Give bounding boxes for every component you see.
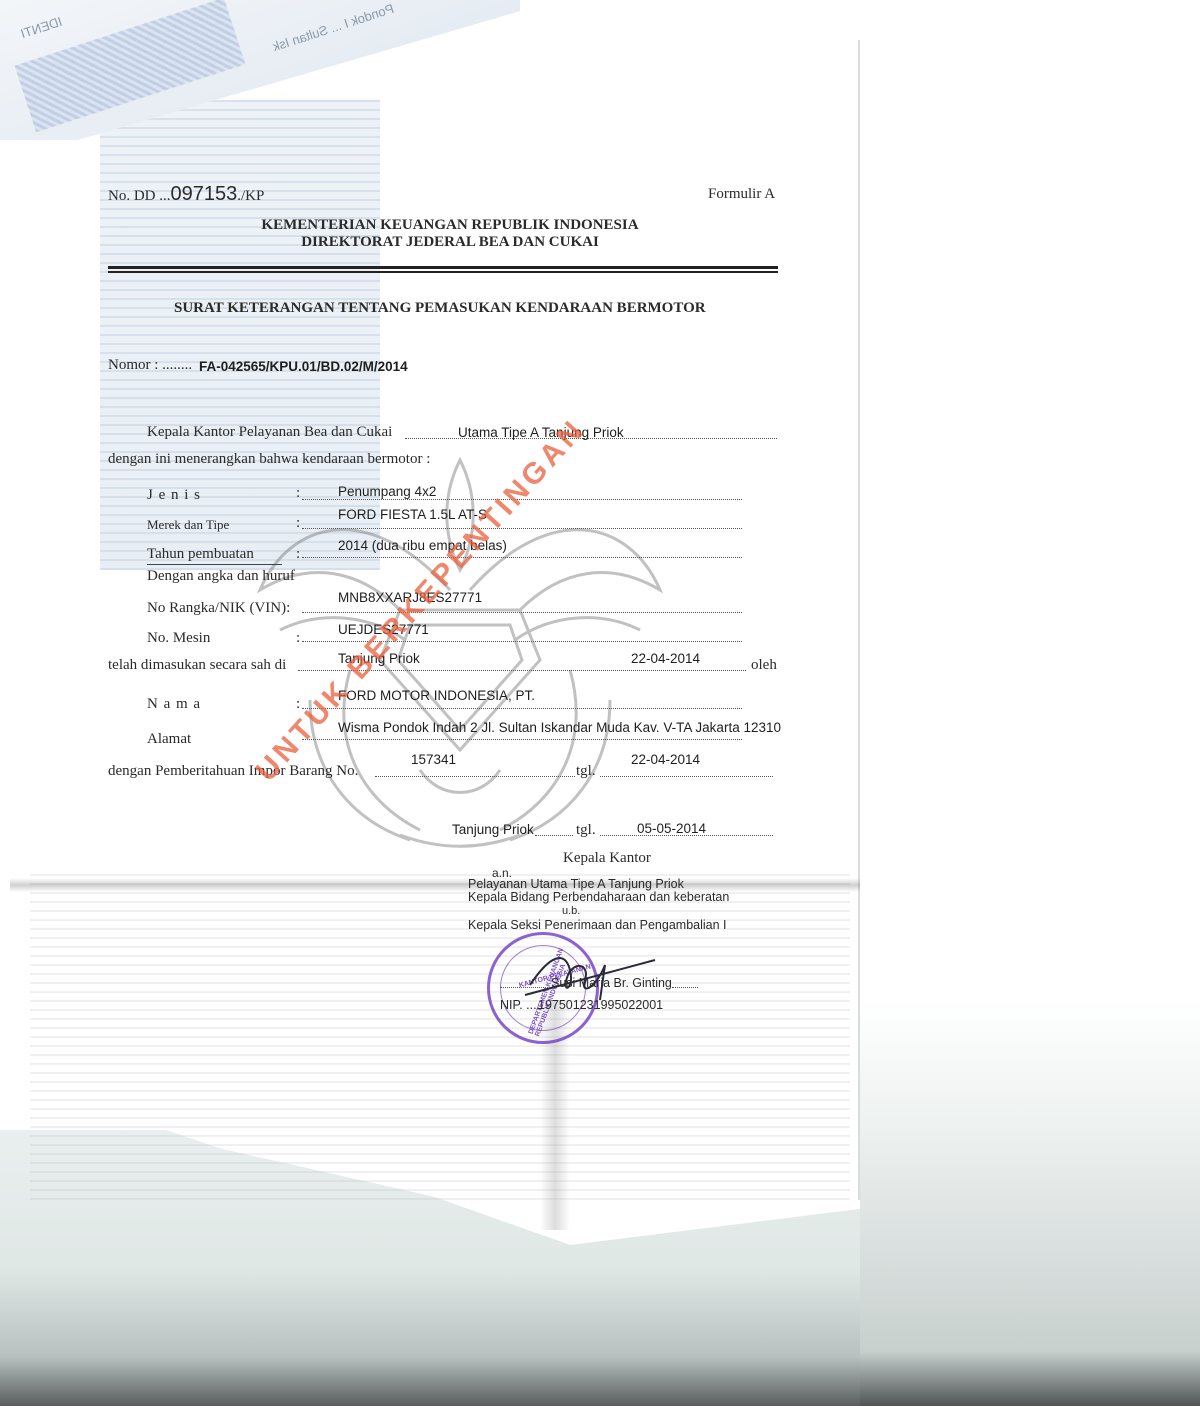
- field-value-jenis: Penumpang 4x2: [338, 484, 436, 499]
- pib-number: 157341: [411, 752, 456, 767]
- alamat-label: Alamat: [147, 731, 191, 748]
- field-label-vin: No Rangka/NIK (VIN):: [147, 600, 290, 617]
- document-number-value: 097153: [171, 183, 238, 205]
- office-line: Pelayanan Utama Tipe A Tanjung Priok: [468, 877, 684, 891]
- flap-text: Pondok I ... Sultan Isk: [271, 1, 396, 54]
- field-colon: :: [296, 485, 300, 502]
- intro-value: Utama Tipe A Tanjung Priok: [458, 425, 624, 440]
- document-title: SURAT KETERANGAN TENTANG PEMASUKAN KENDA…: [174, 300, 706, 317]
- document-number: No. DD ...097153./KP: [108, 183, 264, 206]
- security-pattern-bottom: [30, 870, 850, 1200]
- field-value-merek: FORD FIESTA 1.5L AT-S: [338, 507, 487, 522]
- nip-label: NIP. .....: [500, 998, 544, 1012]
- signer-dots-end: [672, 987, 698, 988]
- field-label-merek: Merek dan Tipe: [147, 517, 229, 533]
- field-label-tahun: Tahun pembuatan: [147, 546, 254, 563]
- scanner-background-right: [860, 1000, 1200, 1413]
- signature-date: 05-05-2014: [637, 821, 706, 836]
- pib-label: dengan Pemberitahuan Impor Barang No.: [108, 763, 358, 780]
- pib-date: 22-04-2014: [631, 752, 700, 767]
- field-label-jenis: J e n i s: [147, 487, 201, 504]
- field-dots-merek: [302, 528, 742, 529]
- scan-edge: [0, 1406, 1200, 1413]
- entry-suffix: oleh: [751, 657, 777, 674]
- field-dots-tahun: [302, 557, 742, 558]
- field-label-mesin: No. Mesin: [147, 630, 210, 647]
- document-number-prefix: No. DD ...: [108, 188, 171, 204]
- division-line: Kepala Bidang Perbendaharaan dan keberat…: [468, 890, 729, 904]
- nomor-value: FA-042565/KPU.01/BD.02/M/2014: [199, 359, 408, 374]
- field-colon: :: [296, 515, 300, 532]
- section-line: Kepala Seksi Penerimaan dan Pengambalian…: [468, 918, 727, 932]
- nip-value: 197501231995022001: [538, 998, 663, 1012]
- field-colon: :: [296, 546, 300, 563]
- signer-dots: [500, 987, 550, 988]
- entry-date: 22-04-2014: [631, 651, 700, 666]
- signature-place: Tanjung Priok: [452, 822, 534, 837]
- garuda-emblem-icon: [250, 440, 670, 860]
- signature-place-dots: [535, 835, 573, 836]
- pib-tgl-label: tgl.: [576, 763, 596, 780]
- ub-label: u.b.: [562, 905, 580, 917]
- document-number-suffix: ./KP: [237, 188, 264, 204]
- signature-tgl-label: tgl.: [576, 822, 596, 839]
- nama-label: N a m a: [147, 696, 201, 713]
- fold-crease: [10, 878, 860, 892]
- header-divider-bottom: [108, 271, 778, 273]
- alamat-value: Wisma Pondok Indah 2 Jl. Sultan Iskandar…: [338, 720, 781, 735]
- nomor-label: Nomor : ........: [108, 357, 192, 374]
- form-label: Formulir A: [708, 186, 775, 203]
- ministry-heading: KEMENTERIAN KEUANGAN REPUBLIK INDONESIA: [0, 217, 900, 234]
- nama-dots: [302, 708, 742, 709]
- signature-scribble-icon: [520, 945, 660, 1005]
- flap-text: IDENTI: [19, 14, 64, 41]
- alamat-dots: [302, 739, 742, 740]
- header-divider-top: [108, 266, 778, 269]
- intro-label: Kepala Kantor Pelayanan Bea dan Cukai: [147, 424, 392, 441]
- entry-label: telah dimasukan secara sah di: [108, 657, 286, 674]
- field-dots-vin: [302, 612, 742, 613]
- directorate-heading: DIREKTORAT JEDERAL BEA DAN CUKAI: [0, 234, 900, 251]
- tahun-underline: [147, 564, 282, 565]
- sheet-edge: [858, 40, 860, 1200]
- signer-name: Susi Maria Br. Ginting: [551, 976, 672, 990]
- field-colon: :: [296, 630, 300, 647]
- pib-date-dots: [600, 776, 773, 777]
- field-label-angka-huruf: Dengan angka dan huruf: [147, 568, 295, 585]
- pib-dots: [375, 776, 575, 777]
- office-head: Kepala Kantor: [563, 850, 651, 867]
- nama-value: FORD MOTOR INDONESIA, PT.: [338, 688, 535, 703]
- statement-text: dengan ini menerangkan bahwa kendaraan b…: [108, 451, 430, 468]
